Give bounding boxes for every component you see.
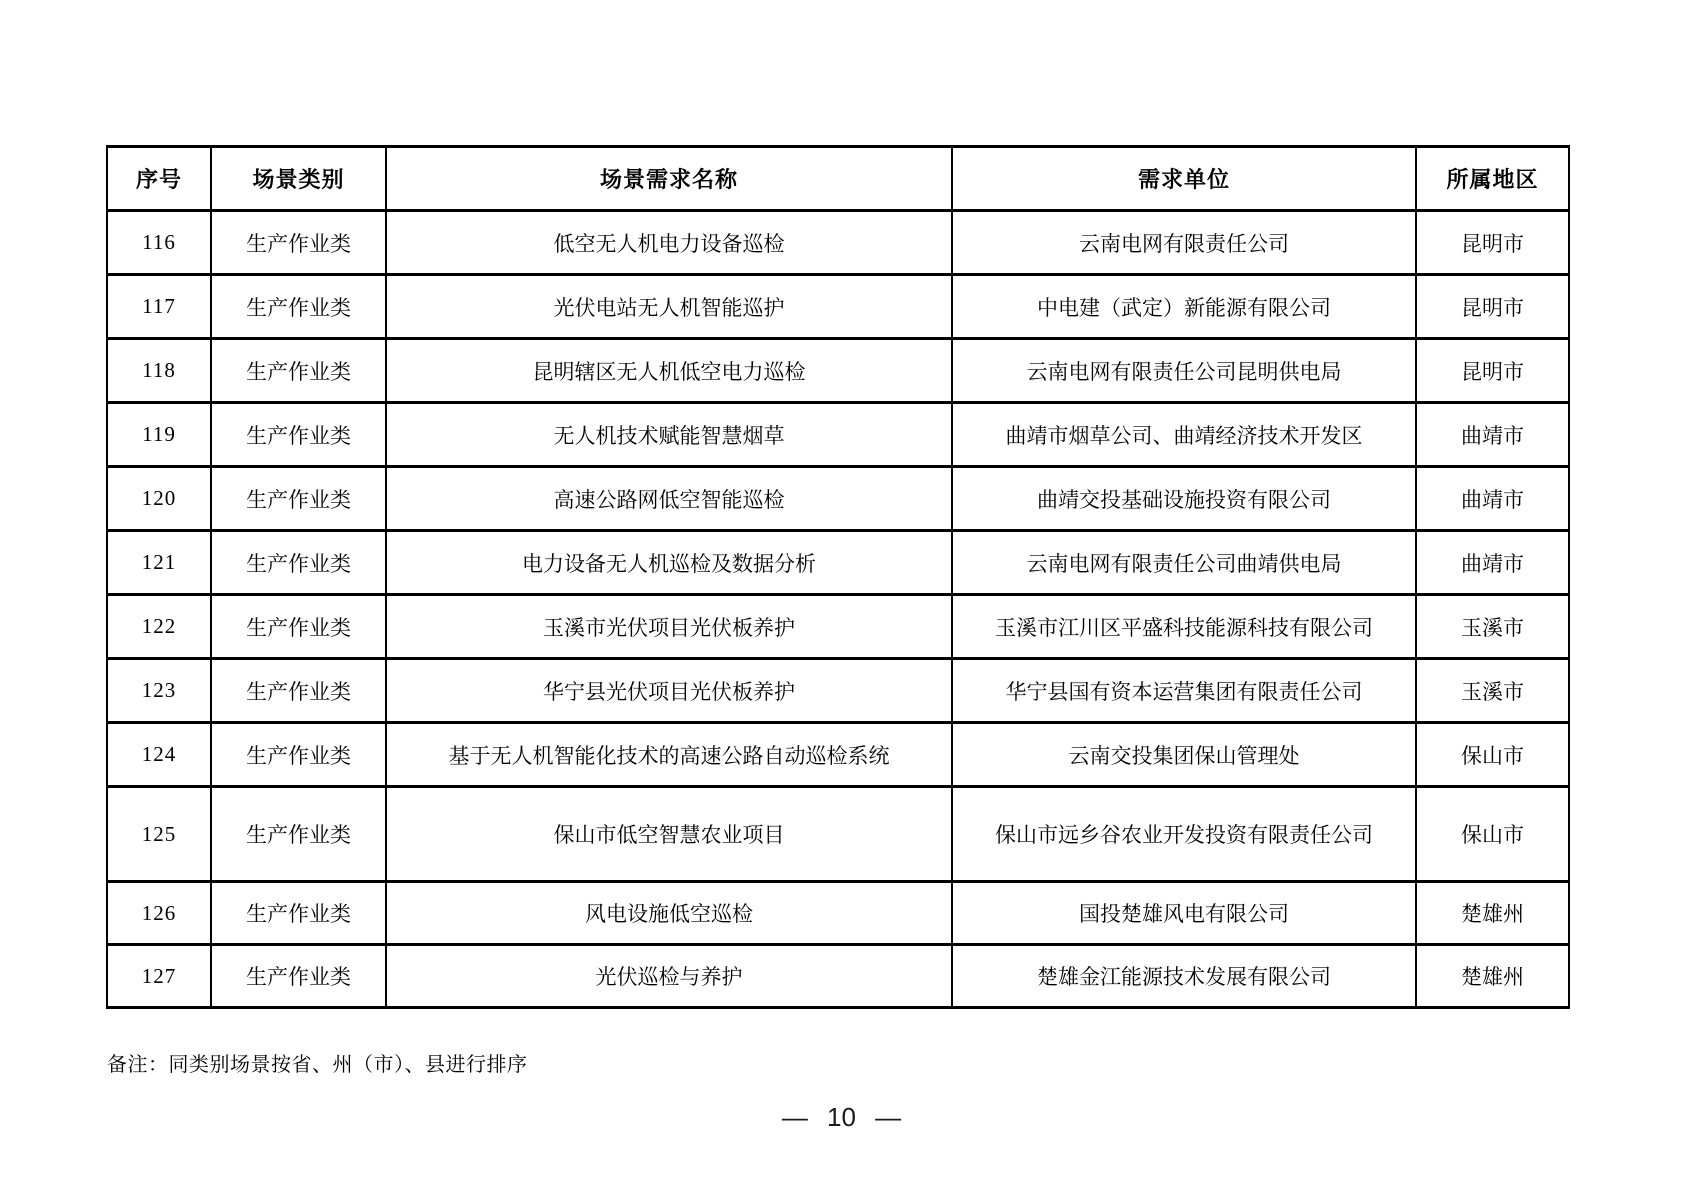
table-row: 124 生产作业类 基于无人机智能化技术的高速公路自动巡检系统 云南交投集团保山… — [107, 723, 1569, 787]
cell-serial-number: 119 — [107, 403, 211, 467]
cell-region: 楚雄州 — [1416, 882, 1569, 945]
cell-region: 曲靖市 — [1416, 531, 1569, 595]
table-row: 126 生产作业类 风电设施低空巡检 国投楚雄风电有限公司 楚雄州 — [107, 882, 1569, 945]
header-row: 序号 场景类别 场景需求名称 需求单位 所属地区 — [107, 147, 1569, 211]
cell-demand-unit: 保山市远乡谷农业开发投资有限责任公司 — [952, 787, 1416, 882]
table-row: 123 生产作业类 华宁县光伏项目光伏板养护 华宁县国有资本运营集团有限责任公司… — [107, 659, 1569, 723]
cell-region: 玉溪市 — [1416, 595, 1569, 659]
footnote: 备注：同类别场景按省、州（市）、县进行排序 — [107, 1048, 528, 1077]
page-number: — 10 — — [0, 1102, 1683, 1133]
cell-category: 生产作业类 — [211, 339, 386, 403]
cell-demand-unit: 中电建（武定）新能源有限公司 — [952, 275, 1416, 339]
cell-scene-name: 华宁县光伏项目光伏板养护 — [386, 659, 952, 723]
cell-category: 生产作业类 — [211, 275, 386, 339]
cell-serial-number: 117 — [107, 275, 211, 339]
cell-scene-name: 低空无人机电力设备巡检 — [386, 211, 952, 275]
cell-scene-name: 无人机技术赋能智慧烟草 — [386, 403, 952, 467]
column-header-scene: 场景需求名称 — [386, 147, 952, 211]
cell-scene-name: 光伏巡检与养护 — [386, 945, 952, 1008]
cell-serial-number: 126 — [107, 882, 211, 945]
cell-region: 玉溪市 — [1416, 659, 1569, 723]
cell-demand-unit: 玉溪市江川区平盛科技能源科技有限公司 — [952, 595, 1416, 659]
cell-category: 生产作业类 — [211, 882, 386, 945]
cell-serial-number: 124 — [107, 723, 211, 787]
cell-scene-name: 光伏电站无人机智能巡护 — [386, 275, 952, 339]
cell-demand-unit: 曲靖市烟草公司、曲靖经济技术开发区 — [952, 403, 1416, 467]
cell-serial-number: 118 — [107, 339, 211, 403]
cell-demand-unit: 华宁县国有资本运营集团有限责任公司 — [952, 659, 1416, 723]
cell-region: 昆明市 — [1416, 275, 1569, 339]
column-header-no: 序号 — [107, 147, 211, 211]
cell-scene-name: 风电设施低空巡检 — [386, 882, 952, 945]
cell-region: 昆明市 — [1416, 211, 1569, 275]
cell-region: 楚雄州 — [1416, 945, 1569, 1008]
table-row: 119 生产作业类 无人机技术赋能智慧烟草 曲靖市烟草公司、曲靖经济技术开发区 … — [107, 403, 1569, 467]
cell-serial-number: 125 — [107, 787, 211, 882]
cell-demand-unit: 云南电网有限责任公司 — [952, 211, 1416, 275]
cell-demand-unit: 云南电网有限责任公司曲靖供电局 — [952, 531, 1416, 595]
cell-region: 保山市 — [1416, 723, 1569, 787]
cell-category: 生产作业类 — [211, 595, 386, 659]
cell-region: 曲靖市 — [1416, 467, 1569, 531]
table-row: 120 生产作业类 高速公路网低空智能巡检 曲靖交投基础设施投资有限公司 曲靖市 — [107, 467, 1569, 531]
cell-category: 生产作业类 — [211, 467, 386, 531]
cell-region: 曲靖市 — [1416, 403, 1569, 467]
cell-category: 生产作业类 — [211, 945, 386, 1008]
cell-scene-name: 电力设备无人机巡检及数据分析 — [386, 531, 952, 595]
cell-category: 生产作业类 — [211, 403, 386, 467]
cell-demand-unit: 云南交投集团保山管理处 — [952, 723, 1416, 787]
cell-serial-number: 120 — [107, 467, 211, 531]
cell-serial-number: 122 — [107, 595, 211, 659]
table-row: 117 生产作业类 光伏电站无人机智能巡护 中电建（武定）新能源有限公司 昆明市 — [107, 275, 1569, 339]
table-row: 122 生产作业类 玉溪市光伏项目光伏板养护 玉溪市江川区平盛科技能源科技有限公… — [107, 595, 1569, 659]
cell-category: 生产作业类 — [211, 787, 386, 882]
table-row: 125 生产作业类 保山市低空智慧农业项目 保山市远乡谷农业开发投资有限责任公司… — [107, 787, 1569, 882]
table-row: 116 生产作业类 低空无人机电力设备巡检 云南电网有限责任公司 昆明市 — [107, 211, 1569, 275]
table-row: 118 生产作业类 昆明辖区无人机低空电力巡检 云南电网有限责任公司昆明供电局 … — [107, 339, 1569, 403]
cell-category: 生产作业类 — [211, 723, 386, 787]
column-header-region: 所属地区 — [1416, 147, 1569, 211]
cell-serial-number: 123 — [107, 659, 211, 723]
cell-category: 生产作业类 — [211, 659, 386, 723]
cell-category: 生产作业类 — [211, 531, 386, 595]
table-body: 116 生产作业类 低空无人机电力设备巡检 云南电网有限责任公司 昆明市 117… — [107, 211, 1569, 1008]
cell-scene-name: 基于无人机智能化技术的高速公路自动巡检系统 — [386, 723, 952, 787]
cell-serial-number: 121 — [107, 531, 211, 595]
cell-serial-number: 127 — [107, 945, 211, 1008]
cell-serial-number: 116 — [107, 211, 211, 275]
cell-demand-unit: 曲靖交投基础设施投资有限公司 — [952, 467, 1416, 531]
document-page: 序号 场景类别 场景需求名称 需求单位 所属地区 116 生产作业类 低空无人机… — [0, 0, 1683, 1190]
cell-category: 生产作业类 — [211, 211, 386, 275]
cell-scene-name: 玉溪市光伏项目光伏板养护 — [386, 595, 952, 659]
cell-scene-name: 昆明辖区无人机低空电力巡检 — [386, 339, 952, 403]
column-header-unit: 需求单位 — [952, 147, 1416, 211]
demand-table: 序号 场景类别 场景需求名称 需求单位 所属地区 116 生产作业类 低空无人机… — [106, 145, 1570, 1009]
cell-demand-unit: 楚雄金江能源技术发展有限公司 — [952, 945, 1416, 1008]
cell-region: 昆明市 — [1416, 339, 1569, 403]
table-row: 127 生产作业类 光伏巡检与养护 楚雄金江能源技术发展有限公司 楚雄州 — [107, 945, 1569, 1008]
cell-region: 保山市 — [1416, 787, 1569, 882]
column-header-category: 场景类别 — [211, 147, 386, 211]
cell-demand-unit: 云南电网有限责任公司昆明供电局 — [952, 339, 1416, 403]
cell-scene-name: 保山市低空智慧农业项目 — [386, 787, 952, 882]
cell-scene-name: 高速公路网低空智能巡检 — [386, 467, 952, 531]
cell-demand-unit: 国投楚雄风电有限公司 — [952, 882, 1416, 945]
table-row: 121 生产作业类 电力设备无人机巡检及数据分析 云南电网有限责任公司曲靖供电局… — [107, 531, 1569, 595]
